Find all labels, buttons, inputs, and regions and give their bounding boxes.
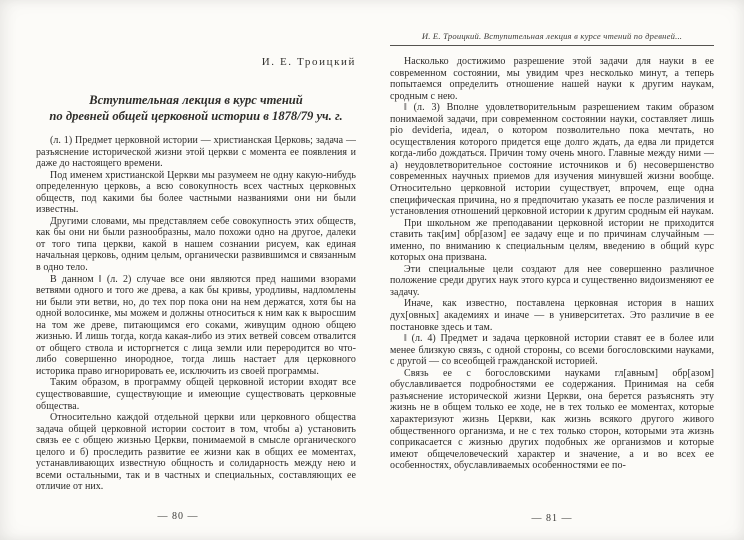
lecture-title: Вступительная лекция в курс чтений по др…: [36, 93, 356, 124]
paragraph: Связь ее с богословскими науками гл[авны…: [390, 368, 714, 472]
paragraph: ‖ (л. 3) Вполне удовлетворительным разре…: [390, 102, 714, 217]
author-line: И. Е. Троицкий: [36, 56, 356, 68]
title-line-2: по древней общей церковной истории в 187…: [36, 109, 356, 125]
paragraph: Иначе, как известно, поставлена церковна…: [390, 298, 714, 333]
paragraph: Под именем христианской Церкви мы разуме…: [36, 170, 356, 216]
page-number-left: — 80 —: [18, 511, 338, 522]
page-left: И. Е. Троицкий Вступительная лекция в ку…: [36, 0, 356, 540]
title-line-1: Вступительная лекция в курс чтений: [36, 93, 356, 109]
right-page-body: Насколько достижимо разрешение этой зада…: [390, 56, 714, 496]
paragraph: Насколько достижимо разрешение этой зада…: [390, 56, 714, 102]
paragraph: При школьном же преподавании церковной и…: [390, 218, 714, 264]
paragraph: (л. 1) Предмет церковной истории — христ…: [36, 135, 356, 170]
running-header: И. Е. Троицкий. Вступительная лекция в к…: [390, 31, 714, 45]
page-right: И. Е. Троицкий. Вступительная лекция в к…: [390, 0, 714, 540]
header-rule: [390, 45, 714, 46]
paragraph: В данном ‖ (л. 2) случае все они являютс…: [36, 274, 356, 378]
paragraph: Относительно каждой отдельной церкви или…: [36, 412, 356, 493]
page-number-right: — 81 —: [390, 513, 714, 524]
book-spread: И. Е. Троицкий Вступительная лекция в ку…: [0, 0, 744, 540]
paragraph: Эти специальные цели создают для нее сов…: [390, 264, 714, 299]
paragraph: ‖ (л. 4) Предмет и задача церковной исто…: [390, 333, 714, 368]
left-page-body: (л. 1) Предмет церковной истории — христ…: [36, 135, 356, 499]
paragraph: Таким образом, в программу общей церковн…: [36, 377, 356, 412]
paragraph: Другими словами, мы представляем себе со…: [36, 216, 356, 274]
